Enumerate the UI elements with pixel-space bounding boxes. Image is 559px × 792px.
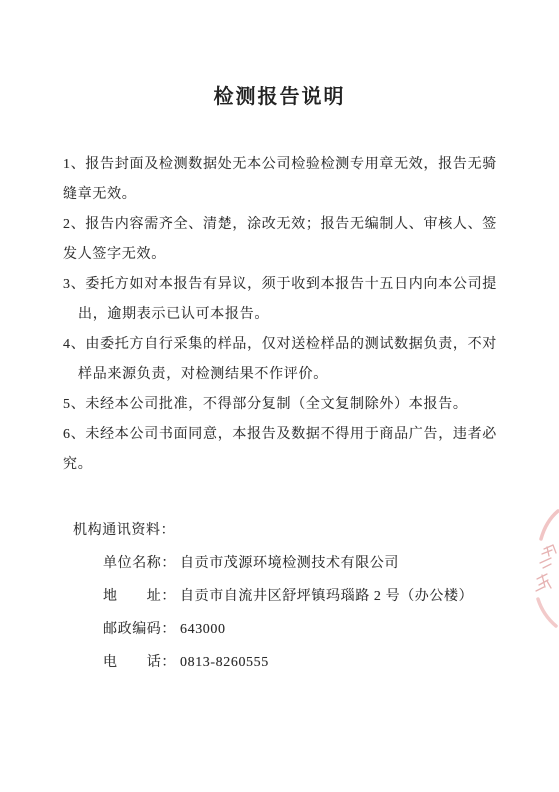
contact-label-phone: 电 话： (103, 646, 176, 679)
note-4-line-1: 4、由委托方自行采集的样品，仅对送检样品的测试数据负责，不对 (63, 330, 539, 360)
note-4-line-2: 样品来源负责，对检测结果不作评价。 (63, 360, 539, 390)
page-title: 检测报告说明 (0, 0, 559, 110)
note-5-line-1: 5、未经本公司批准，不得部分复制（全文复制除外）本报告。 (63, 390, 539, 420)
note-6-line-1: 6、未经本公司书面同意，本报告及数据不得用于商品广告，违者必 (63, 420, 539, 450)
report-notes: 1、报告封面及检测数据处无本公司检验检测专用章无效，报告无骑 缝章无效。 2、报… (0, 150, 559, 480)
note-3-line-2: 出，逾期表示已认可本报告。 (63, 300, 539, 330)
contact-value-phone: 0813-8260555 (176, 646, 269, 679)
contact-row-company: 单位名称：自贡市茂源环境检测技术有限公司 (0, 547, 559, 580)
contact-label-address: 地 址： (103, 580, 176, 613)
note-2-line-1: 2、报告内容需齐全、清楚，涂改无效；报告无编制人、审核人、签 (63, 210, 539, 240)
note-6-line-2: 究。 (63, 450, 539, 480)
note-1-line-1: 1、报告封面及检测数据处无本公司检验检测专用章无效，报告无骑 (63, 150, 539, 180)
contact-section: 机构通讯资料： 单位名称：自贡市茂源环境检测技术有限公司 地 址：自贡市自流井区… (0, 514, 559, 679)
contact-row-phone: 电 话：0813-8260555 (0, 646, 559, 679)
contact-row-address: 地 址：自贡市自流井区舒坪镇玛瑙路 2 号（办公楼） (0, 580, 559, 613)
contact-value-address: 自贡市自流井区舒坪镇玛瑙路 2 号（办公楼） (176, 580, 473, 613)
document-page: 检测报告说明 1、报告封面及检测数据处无本公司检验检测专用章无效，报告无骑 缝章… (0, 0, 559, 792)
note-3-line-1: 3、委托方如对本报告有异议，须于收到本报告十五日内向本公司提 (63, 270, 539, 300)
note-2-line-2: 发人签字无效。 (63, 240, 539, 270)
contact-value-company: 自贡市茂源环境检测技术有限公司 (176, 547, 399, 580)
contact-value-postcode: 643000 (176, 613, 226, 646)
contact-heading: 机构通讯资料： (0, 514, 559, 547)
contact-row-postcode: 邮政编码：643000 (0, 613, 559, 646)
contact-label-company: 单位名称： (103, 547, 176, 580)
contact-label-postcode: 邮政编码： (103, 613, 176, 646)
note-1-line-2: 缝章无效。 (63, 180, 539, 210)
